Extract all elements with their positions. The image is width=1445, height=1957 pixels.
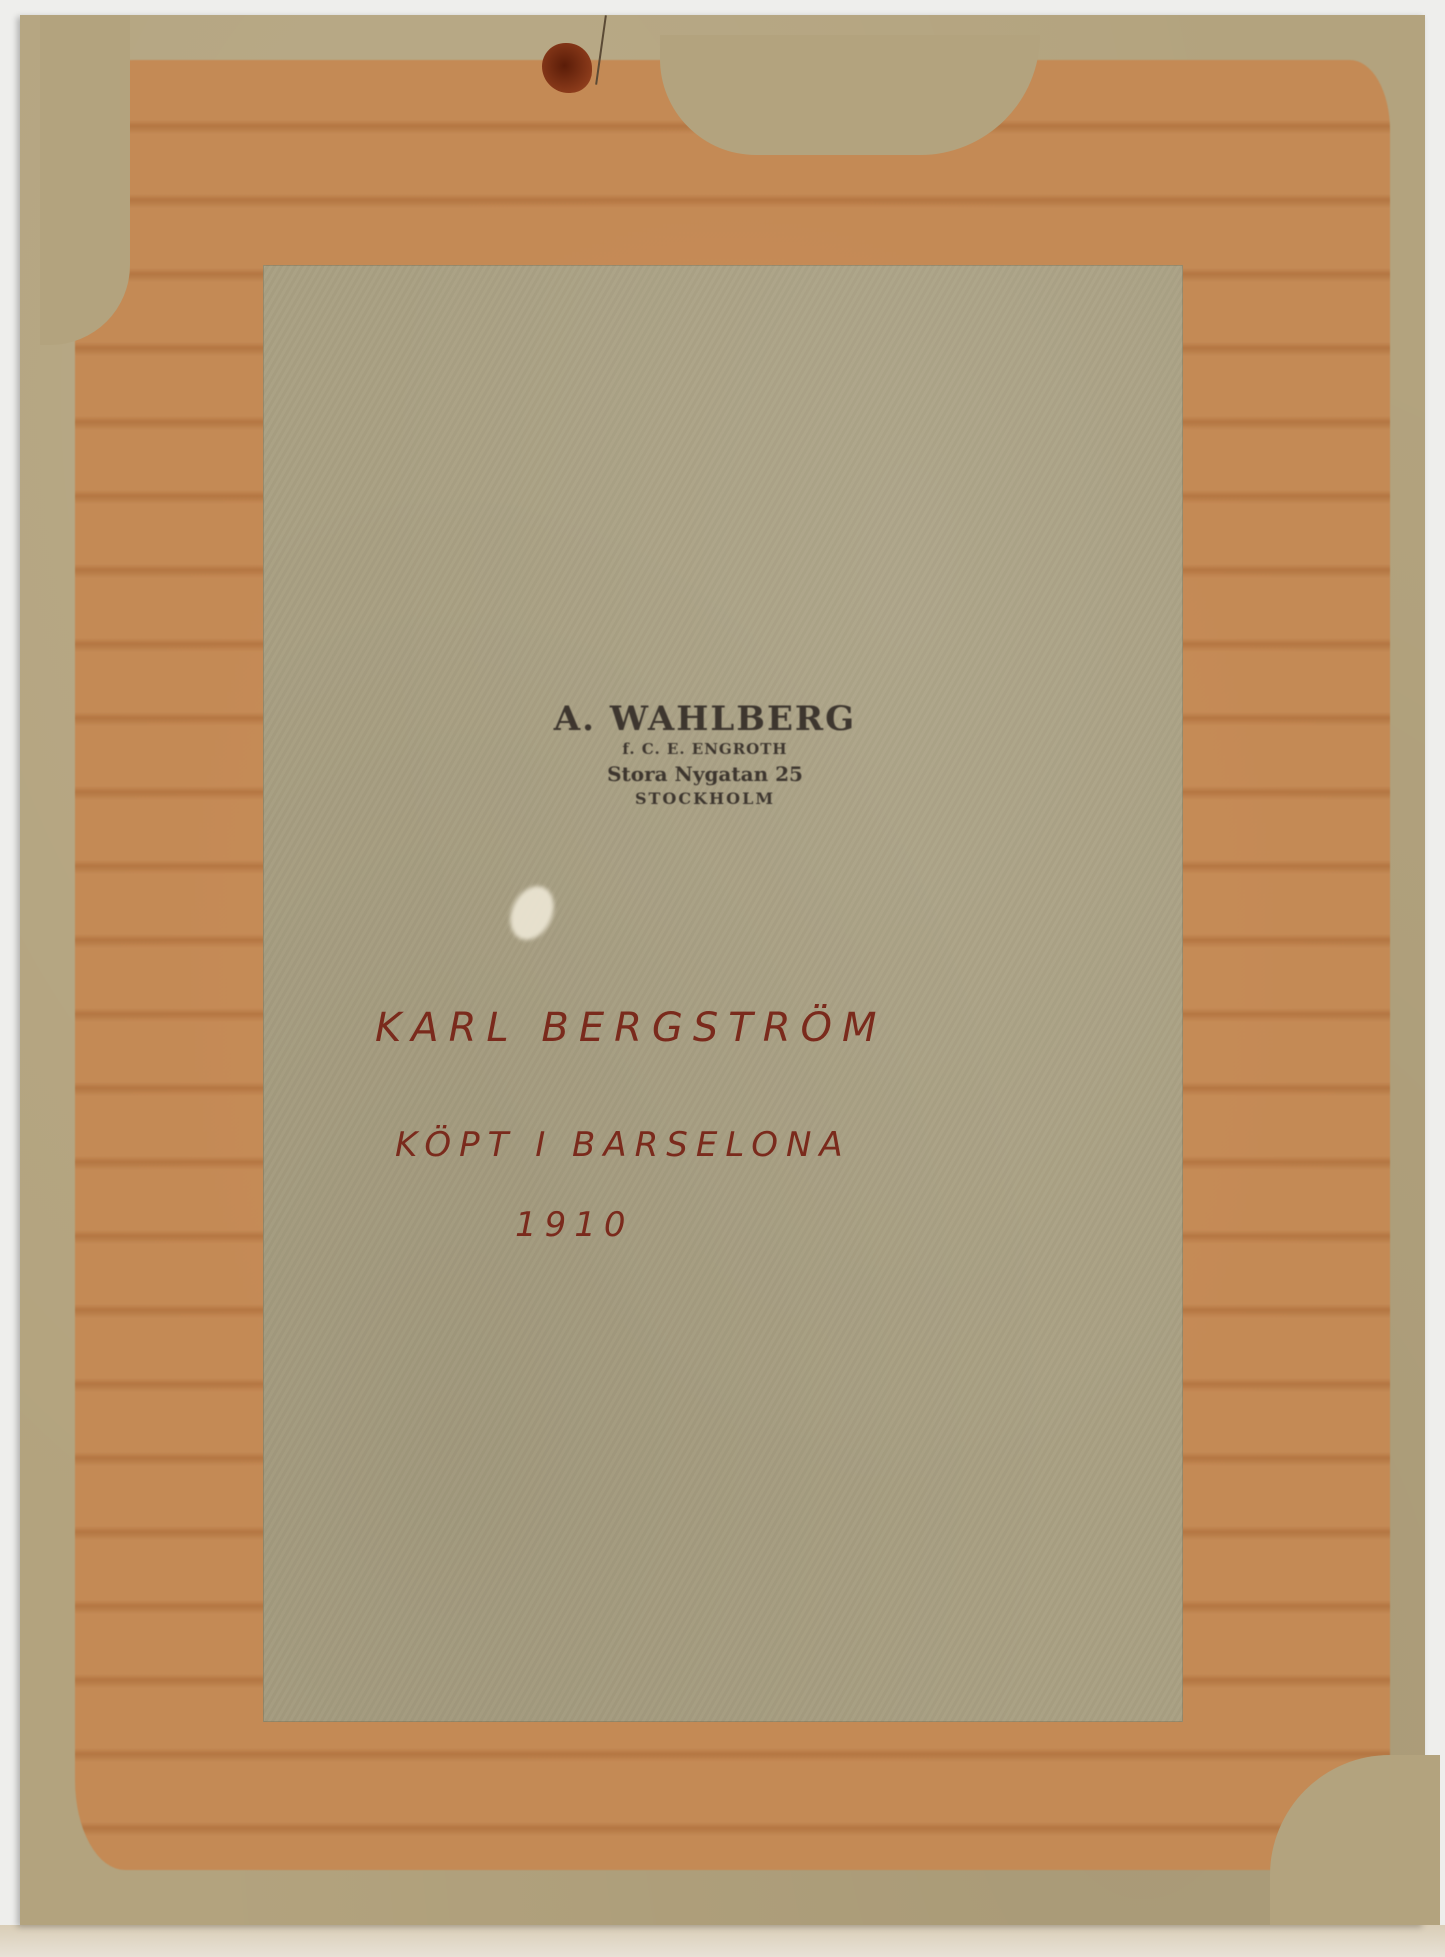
stamp-city: STOCKHOLM <box>530 788 880 810</box>
framer-stamp: A. WAHLBERG f. C. E. ENGROTH Stora Nygat… <box>530 700 880 810</box>
paper-label-panel <box>263 265 1183 1722</box>
inscription-artist: KARL BERGSTRÖM <box>375 1005 887 1051</box>
inscription-purchase: KÖPT I BARSELONA <box>395 1125 851 1165</box>
stamp-successor: f. C. E. ENGROTH <box>530 738 880 760</box>
stamp-name: A. WAHLBERG <box>530 700 880 738</box>
tape-tear-left <box>40 15 130 345</box>
tape-tear-top <box>660 35 1040 155</box>
stamp-address: Stora Nygatan 25 <box>530 760 880 788</box>
hanging-hole <box>542 43 592 93</box>
inscription-year: 1910 <box>515 1205 634 1245</box>
wall-background <box>0 1925 1445 1957</box>
